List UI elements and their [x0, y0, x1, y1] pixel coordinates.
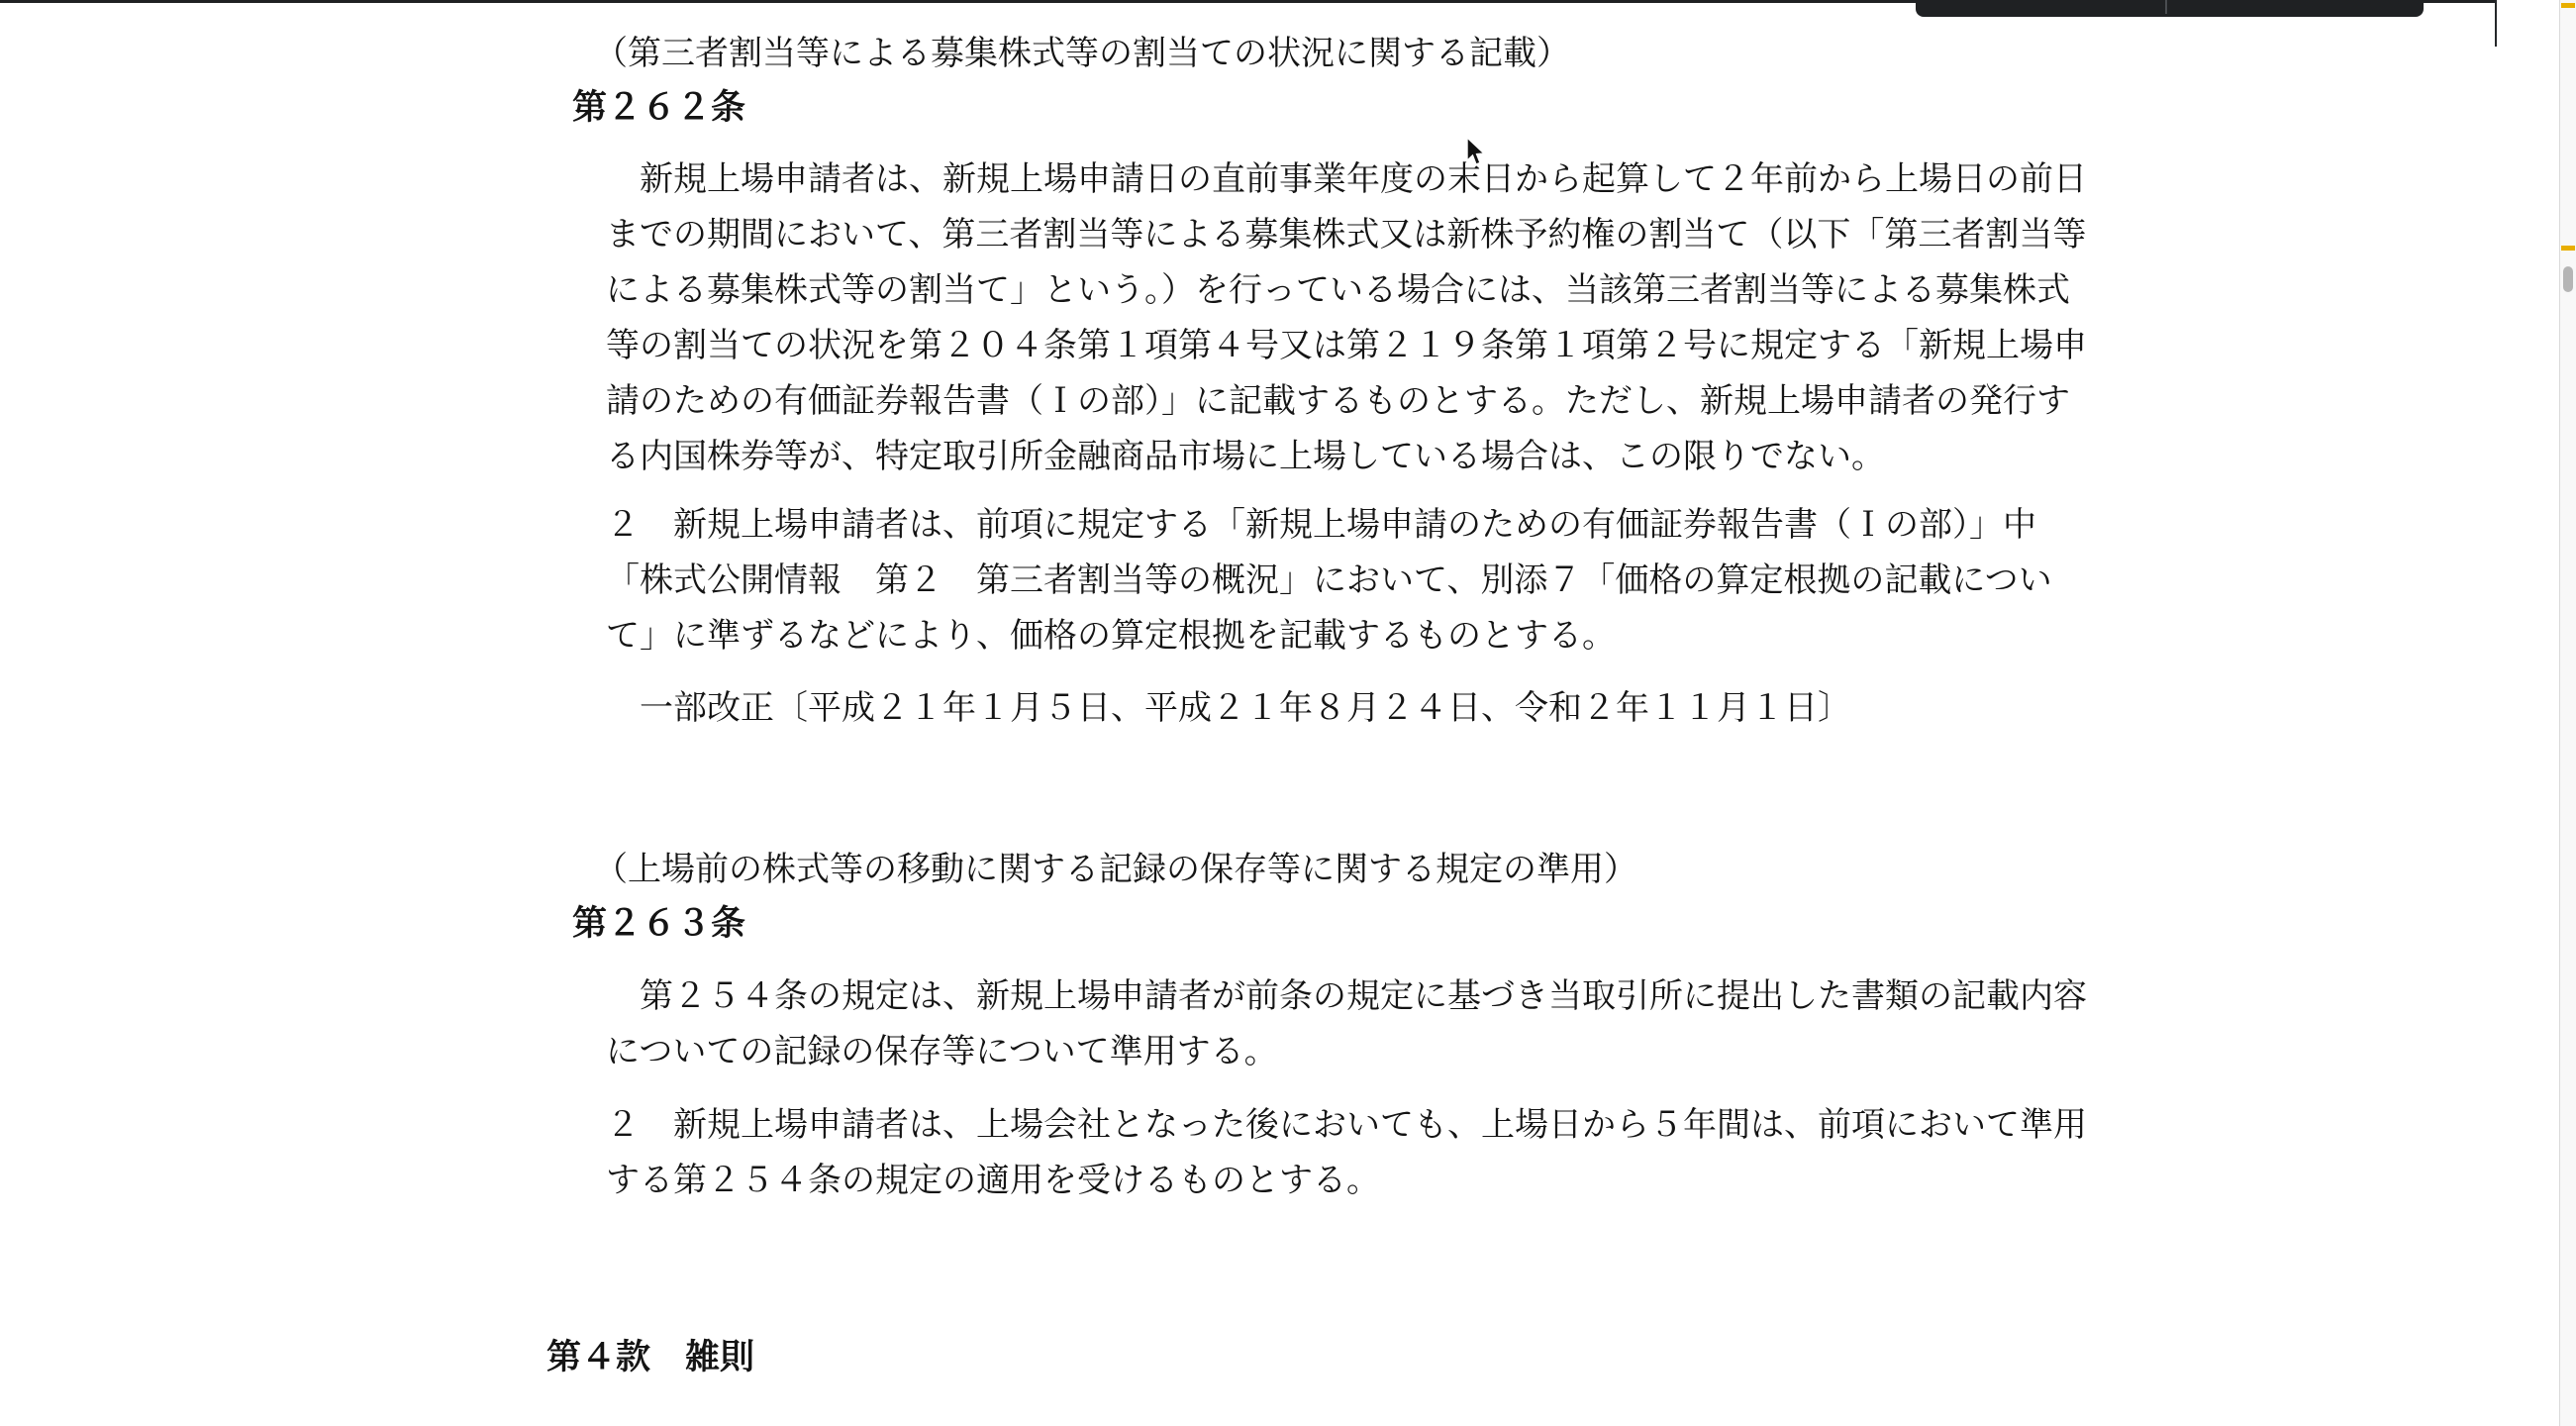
article-263-heading: （上場前の株式等の移動に関する記録の保存等に関する規定の準用） — [594, 852, 1637, 888]
text-line: についての記録の保存等について準用する。 — [606, 1024, 2087, 1079]
article-262-paragraph-1: 新規上場申請者は、新規上場申請日の直前事業年度の末日から起算して２年前から上場日… — [606, 152, 2087, 484]
article-262-number: 第２６２条 — [572, 89, 745, 128]
document-viewer-page: （第三者割当等による募集株式等の割当ての状況に関する記載） 第２６２条 新規上場… — [0, 0, 2576, 1426]
text-line: て」に準ずるなどにより、価格の算定根拠を記載するものとする。 — [606, 608, 2052, 663]
text-line: 新規上場申請者は、新規上場申請日の直前事業年度の末日から起算して２年前から上場日… — [606, 152, 2087, 207]
text-line: 等の割当ての状況を第２０４条第１項第４号又は第２１９条第１項第２号に規定する「新… — [606, 318, 2087, 373]
scrollbar-find-marker — [2561, 246, 2575, 251]
text-line: する第２５４条の規定の適用を受けるものとする。 — [606, 1153, 2087, 1208]
article-262-amendment-note: 一部改正〔平成２１年１月５日、平成２１年８月２４日、令和２年１１月１日〕 — [606, 690, 1851, 727]
article-262-paragraph-2: ２ 新規上場申請者は、前項に規定する「新規上場申請のための有価証券報告書（Ｉの部… — [606, 497, 2052, 663]
scrollbar-find-marker — [2561, 3, 2575, 8]
article-262-heading: （第三者割当等による募集株式等の割当ての状況に関する記載） — [594, 36, 1570, 72]
vertical-scrollbar[interactable] — [2559, 0, 2576, 1426]
article-263-number: 第２６３条 — [572, 905, 745, 944]
text-line: 第２５４条の規定は、新規上場申請者が前条の規定に基づき当取引所に提出した書類の記… — [606, 968, 2087, 1024]
scrollbar-thumb[interactable] — [2563, 266, 2573, 292]
text-line: ２ 新規上場申請者は、前項に規定する「新規上場申請のための有価証券報告書（Ｉの部… — [606, 497, 2052, 553]
subsection-4-heading: 第４款 雑則 — [546, 1339, 754, 1377]
article-263-paragraph-2: ２ 新規上場申請者は、上場会社となった後においても、上場日から５年間は、前項にお… — [606, 1097, 2087, 1208]
text-line: 請のための有価証券報告書（Ｉの部）」に記載するものとする。ただし、新規上場申請者… — [606, 373, 2087, 429]
text-line: る内国株券等が、特定取引所金融商品市場に上場している場合は、この限りでない。 — [606, 429, 2087, 484]
floating-toolbar[interactable] — [1916, 0, 2424, 17]
text-line: による募集株式等の割当て」という。）を行っている場合には、当該第三者割当等による… — [606, 262, 2087, 318]
text-line: ２ 新規上場申請者は、上場会社となった後においても、上場日から５年間は、前項にお… — [606, 1097, 2087, 1153]
text-line: 「株式公開情報 第２ 第三者割当等の概況」において、別添７「価格の算定根拠の記載… — [606, 553, 2052, 608]
text-line: までの期間において、第三者割当等による募集株式又は新株予約権の割当て（以下「第三… — [606, 207, 2087, 262]
tab-edge-tick — [2495, 0, 2497, 47]
article-263-paragraph-1: 第２５４条の規定は、新規上場申請者が前条の規定に基づき当取引所に提出した書類の記… — [606, 968, 2087, 1079]
toolbar-divider — [2165, 0, 2167, 14]
